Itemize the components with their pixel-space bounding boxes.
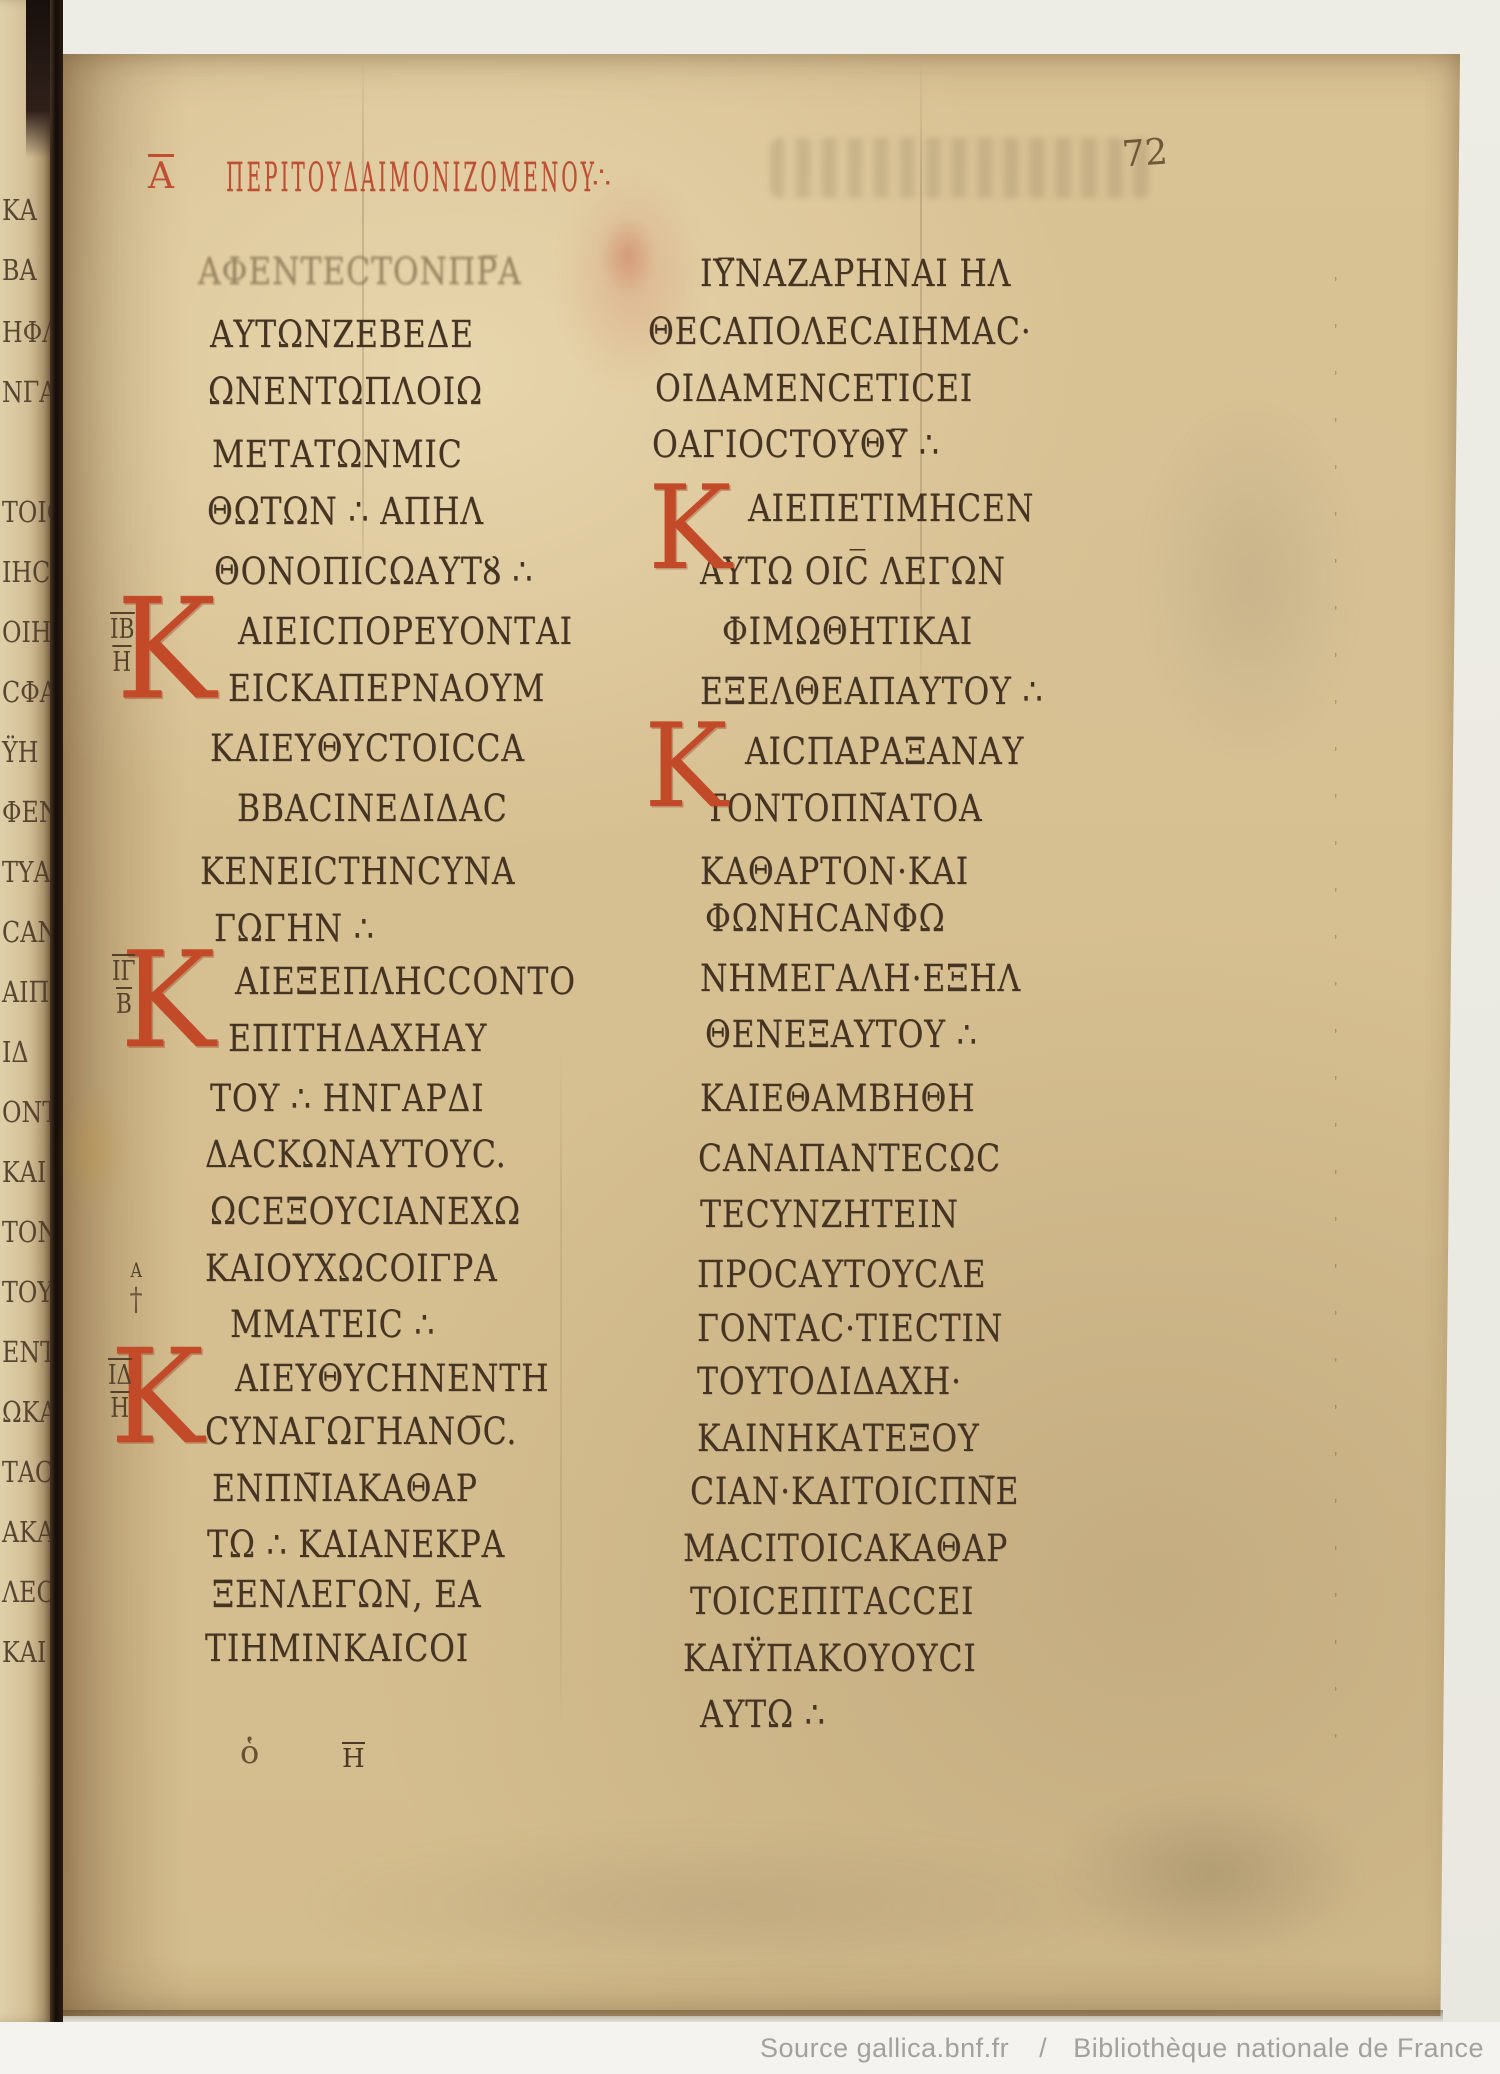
facing-page-text-fragment: ΤΑC (2, 1458, 50, 1487)
facing-page-text-fragment: ΕΝΤ (2, 1338, 50, 1367)
facing-page-text-fragment: ΤΟΙC (2, 498, 50, 527)
manuscript-page (63, 54, 1460, 2016)
facing-page-text-fragment: ΦΕΝ (2, 798, 50, 827)
scan-separator: / (1039, 2033, 1047, 2063)
facing-page-text-fragment: ΛΕCΕ (2, 1578, 50, 1607)
facing-page-text-fragment: ΗΦΛ (2, 318, 50, 347)
facing-page-text-fragment: ΤΟΝΑ (2, 1218, 50, 1247)
book-gutter (50, 0, 63, 2022)
scan-institution-label: Bibliothèque nationale de France (1073, 2033, 1484, 2063)
facing-page-text-fragment: ΚΑΙ (2, 1638, 46, 1667)
facing-page-text-fragment: ΙΗCΩ (2, 558, 50, 587)
facing-page-text-fragment: ΑΚΑΙ (2, 1518, 50, 1547)
scan-source-label: Source gallica.bnf.fr (760, 2033, 1009, 2063)
facing-page-text-fragment: ΫΗ (2, 738, 38, 767)
facing-page-text-fragment: ΤΟΥ (2, 1278, 50, 1307)
manuscript-scan: ΚΑΒΑΗΦΛΝΓΑΤΟΙCΙΗCΩΟΙΗCΩCΦΑΙΫΗΦΕΝΤΥΑCΑΝΑΙ… (0, 0, 1500, 2074)
facing-page-text-fragment: CΑΝ (2, 918, 50, 947)
facing-page-text-fragment: ΝΓΑ (2, 378, 50, 407)
facing-page-text-fragment: ΟΝΤ (2, 1098, 50, 1127)
facing-page-text-fragment: ΚΑ (2, 196, 37, 225)
facing-page-text-fragment: ΙΔ (2, 1038, 29, 1067)
facing-page-text-fragment: ΩΚΑ (2, 1398, 50, 1427)
facing-page-text-fragment: ΟΙΗCΩ (2, 618, 50, 647)
facing-page-text-fragment: CΦΑΙ (2, 678, 50, 707)
facing-page-text-fragment: ΑΙΠ (2, 978, 49, 1007)
scan-attribution-bar: Source gallica.bnf.fr / Bibliothèque nat… (0, 2022, 1500, 2074)
facing-page-text-fragment: ΒΑ (2, 256, 37, 285)
facing-page-text-fragment: ΚΑΙ (2, 1158, 46, 1187)
facing-page-edge: ΚΑΒΑΗΦΛΝΓΑΤΟΙCΙΗCΩΟΙΗCΩCΦΑΙΫΗΦΕΝΤΥΑCΑΝΑΙ… (0, 0, 50, 2022)
facing-page-text-fragment: ΤΥΑ (2, 858, 50, 887)
